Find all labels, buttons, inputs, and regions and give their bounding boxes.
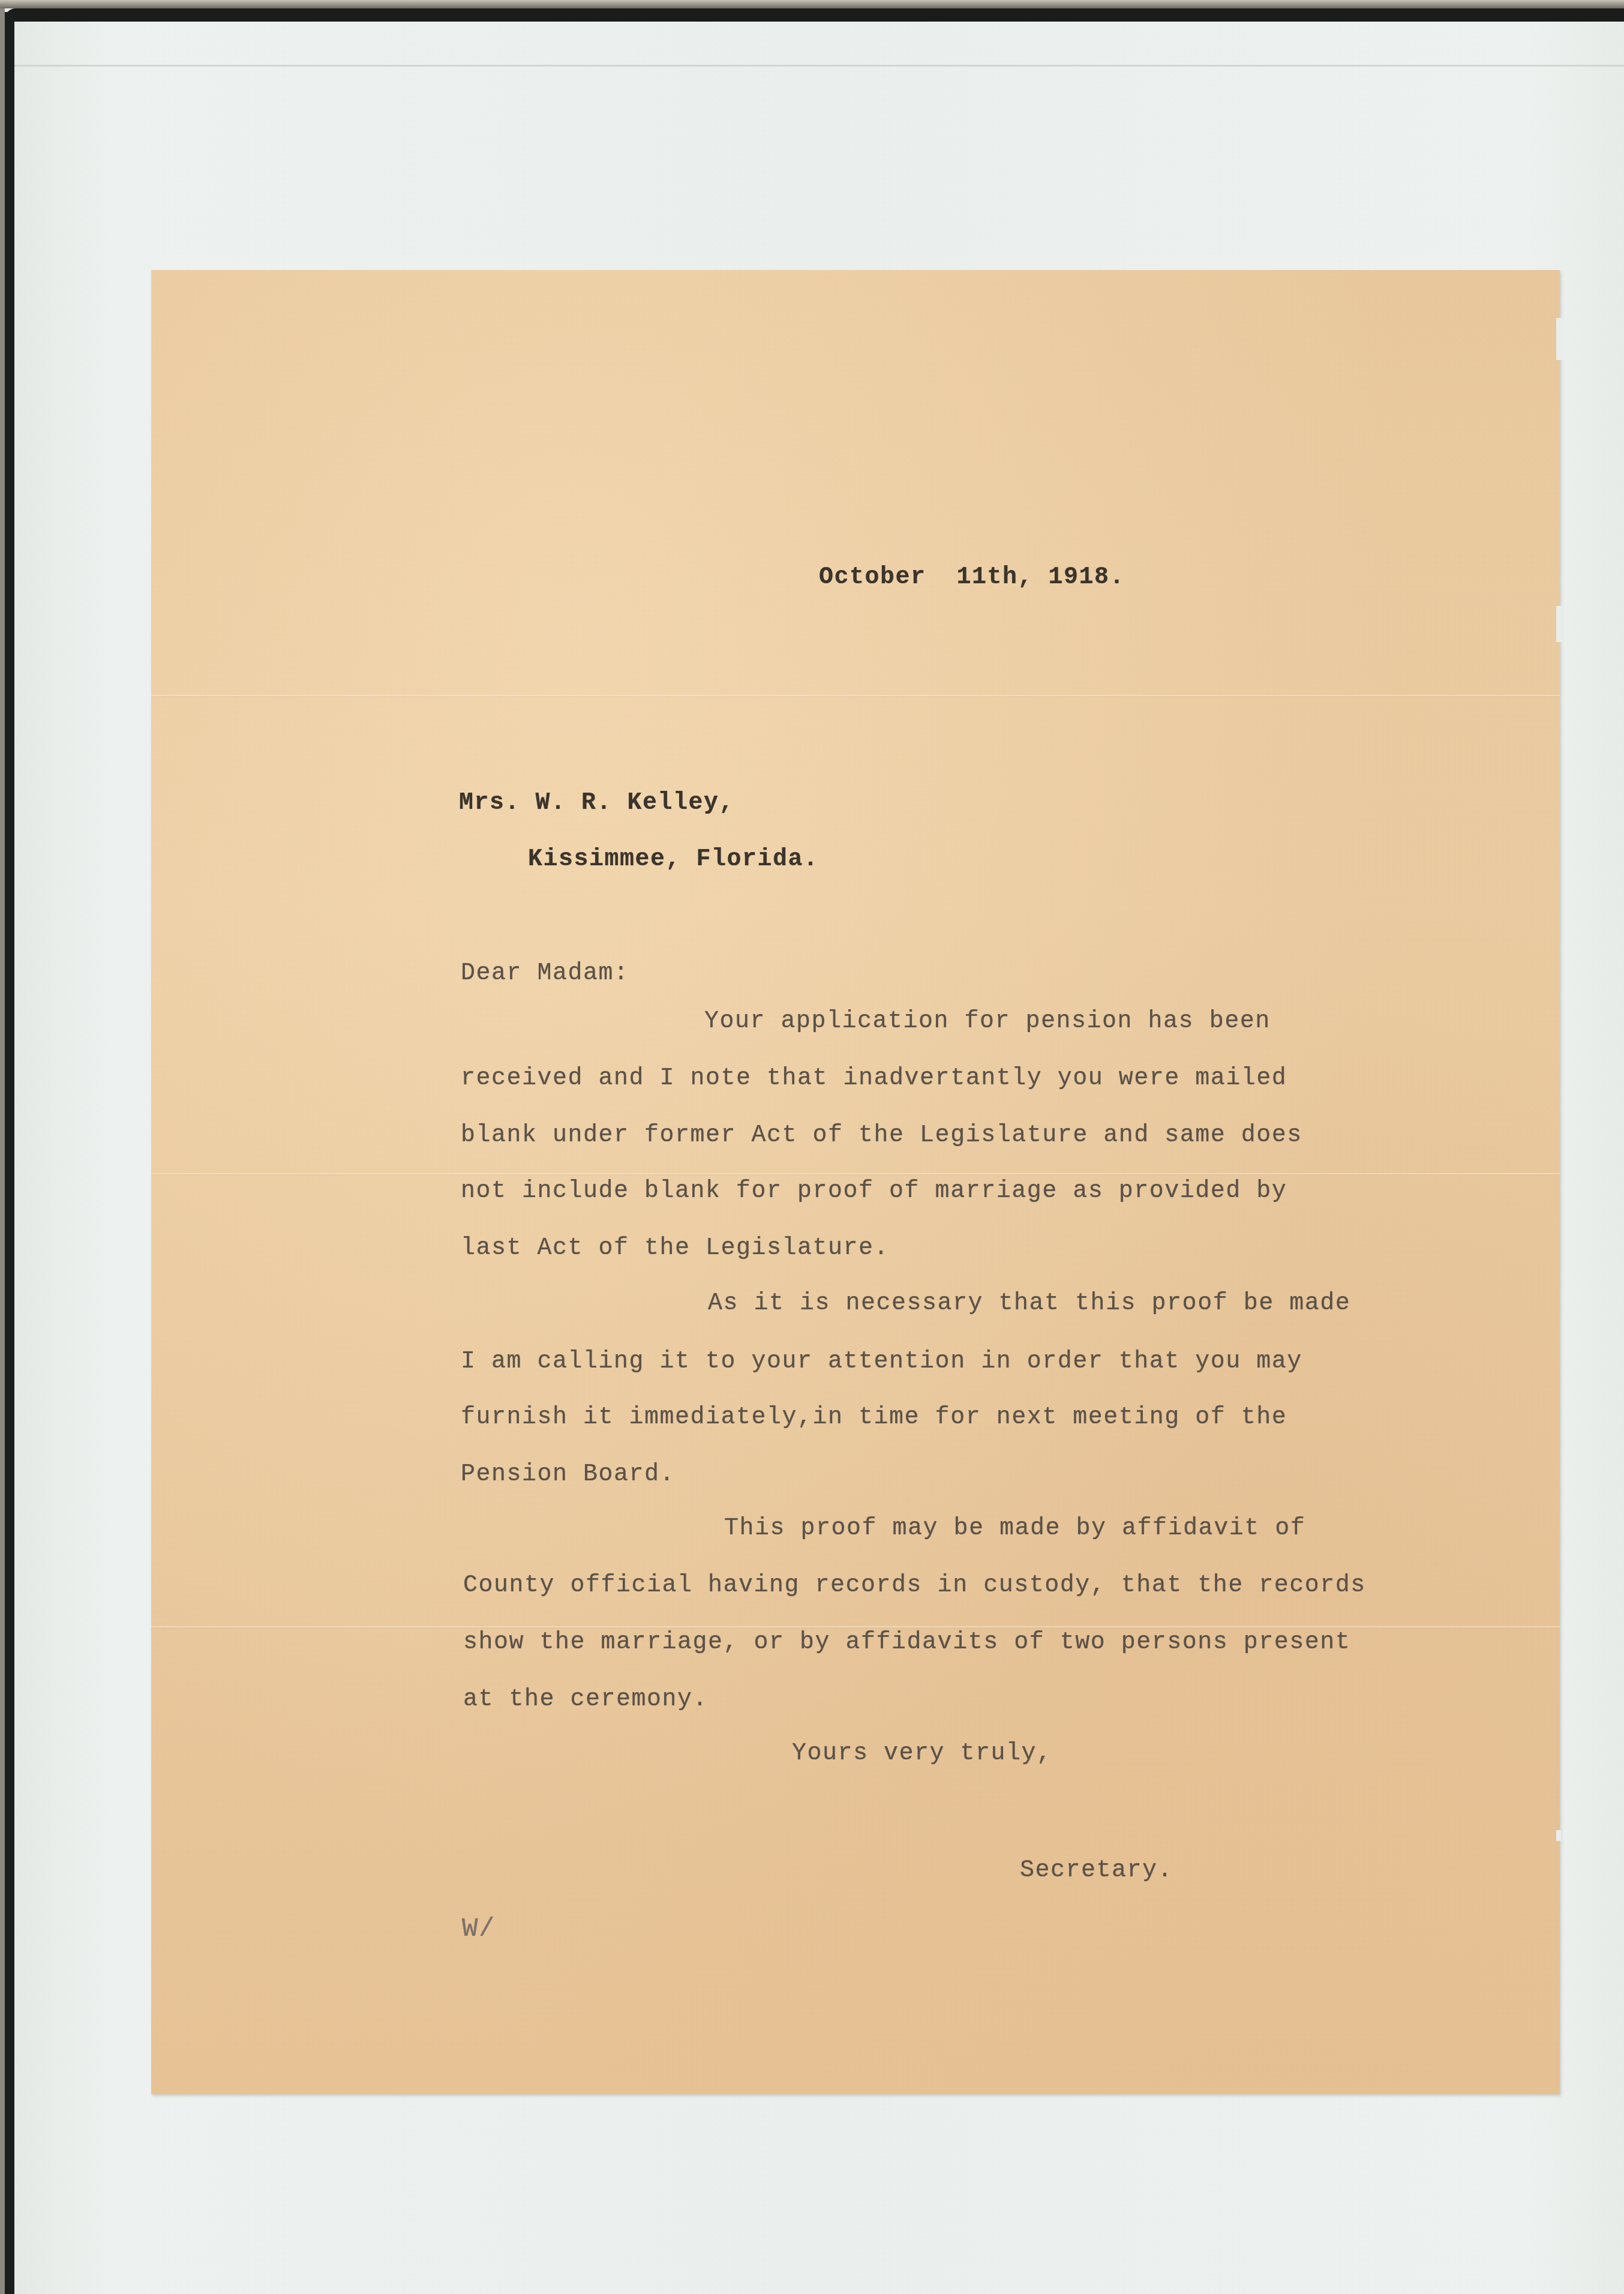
scanner-frame-left bbox=[5, 12, 14, 2294]
recipient-location: Kissimmee, Florida. bbox=[528, 846, 819, 873]
body-line: Your application for pension has been bbox=[704, 1008, 1271, 1035]
typist-initials: W/ bbox=[462, 1914, 496, 1944]
body-line: last Act of the Legislature. bbox=[461, 1235, 889, 1262]
body-line: Pension Board. bbox=[461, 1461, 675, 1488]
body-line: This proof may be made by affidavit of bbox=[724, 1515, 1305, 1542]
body-line: not include blank for proof of marriage … bbox=[461, 1178, 1287, 1205]
body-line: County official having records in custod… bbox=[463, 1572, 1366, 1599]
scanner-edge-top bbox=[0, 0, 1624, 8]
body-line: furnish it immediately,in time for next … bbox=[461, 1404, 1287, 1431]
body-line: blank under former Act of the Legislatur… bbox=[461, 1122, 1302, 1149]
salutation: Dear Madam: bbox=[461, 960, 629, 987]
letter-page: October 11th, 1918. Mrs. W. R. Kelley, K… bbox=[151, 270, 1560, 2094]
letter-date: October 11th, 1918. bbox=[819, 564, 1125, 591]
body-line: show the marriage, or by affidavits of t… bbox=[463, 1629, 1350, 1656]
fold-line bbox=[151, 695, 1560, 697]
body-line: received and I note that inadvertantly y… bbox=[461, 1065, 1287, 1092]
body-line: I am calling it to your attention in ord… bbox=[461, 1348, 1302, 1375]
torn-edge bbox=[1556, 1830, 1561, 1841]
body-line: As it is necessary that this proof be ma… bbox=[708, 1290, 1350, 1317]
scanner-edge-left bbox=[0, 8, 5, 2294]
scanner-frame-top bbox=[5, 8, 1624, 22]
body-line: at the ceremony. bbox=[463, 1686, 708, 1713]
scanner-bed-crease bbox=[14, 65, 1624, 67]
fold-line bbox=[151, 1626, 1560, 1629]
closing: Yours very truly, bbox=[792, 1740, 1052, 1767]
fold-line bbox=[151, 1173, 1560, 1176]
torn-edge bbox=[1556, 318, 1565, 360]
recipient-name: Mrs. W. R. Kelley, bbox=[459, 790, 734, 817]
signature-title: Secretary. bbox=[1020, 1857, 1173, 1884]
torn-edge bbox=[1556, 606, 1562, 642]
